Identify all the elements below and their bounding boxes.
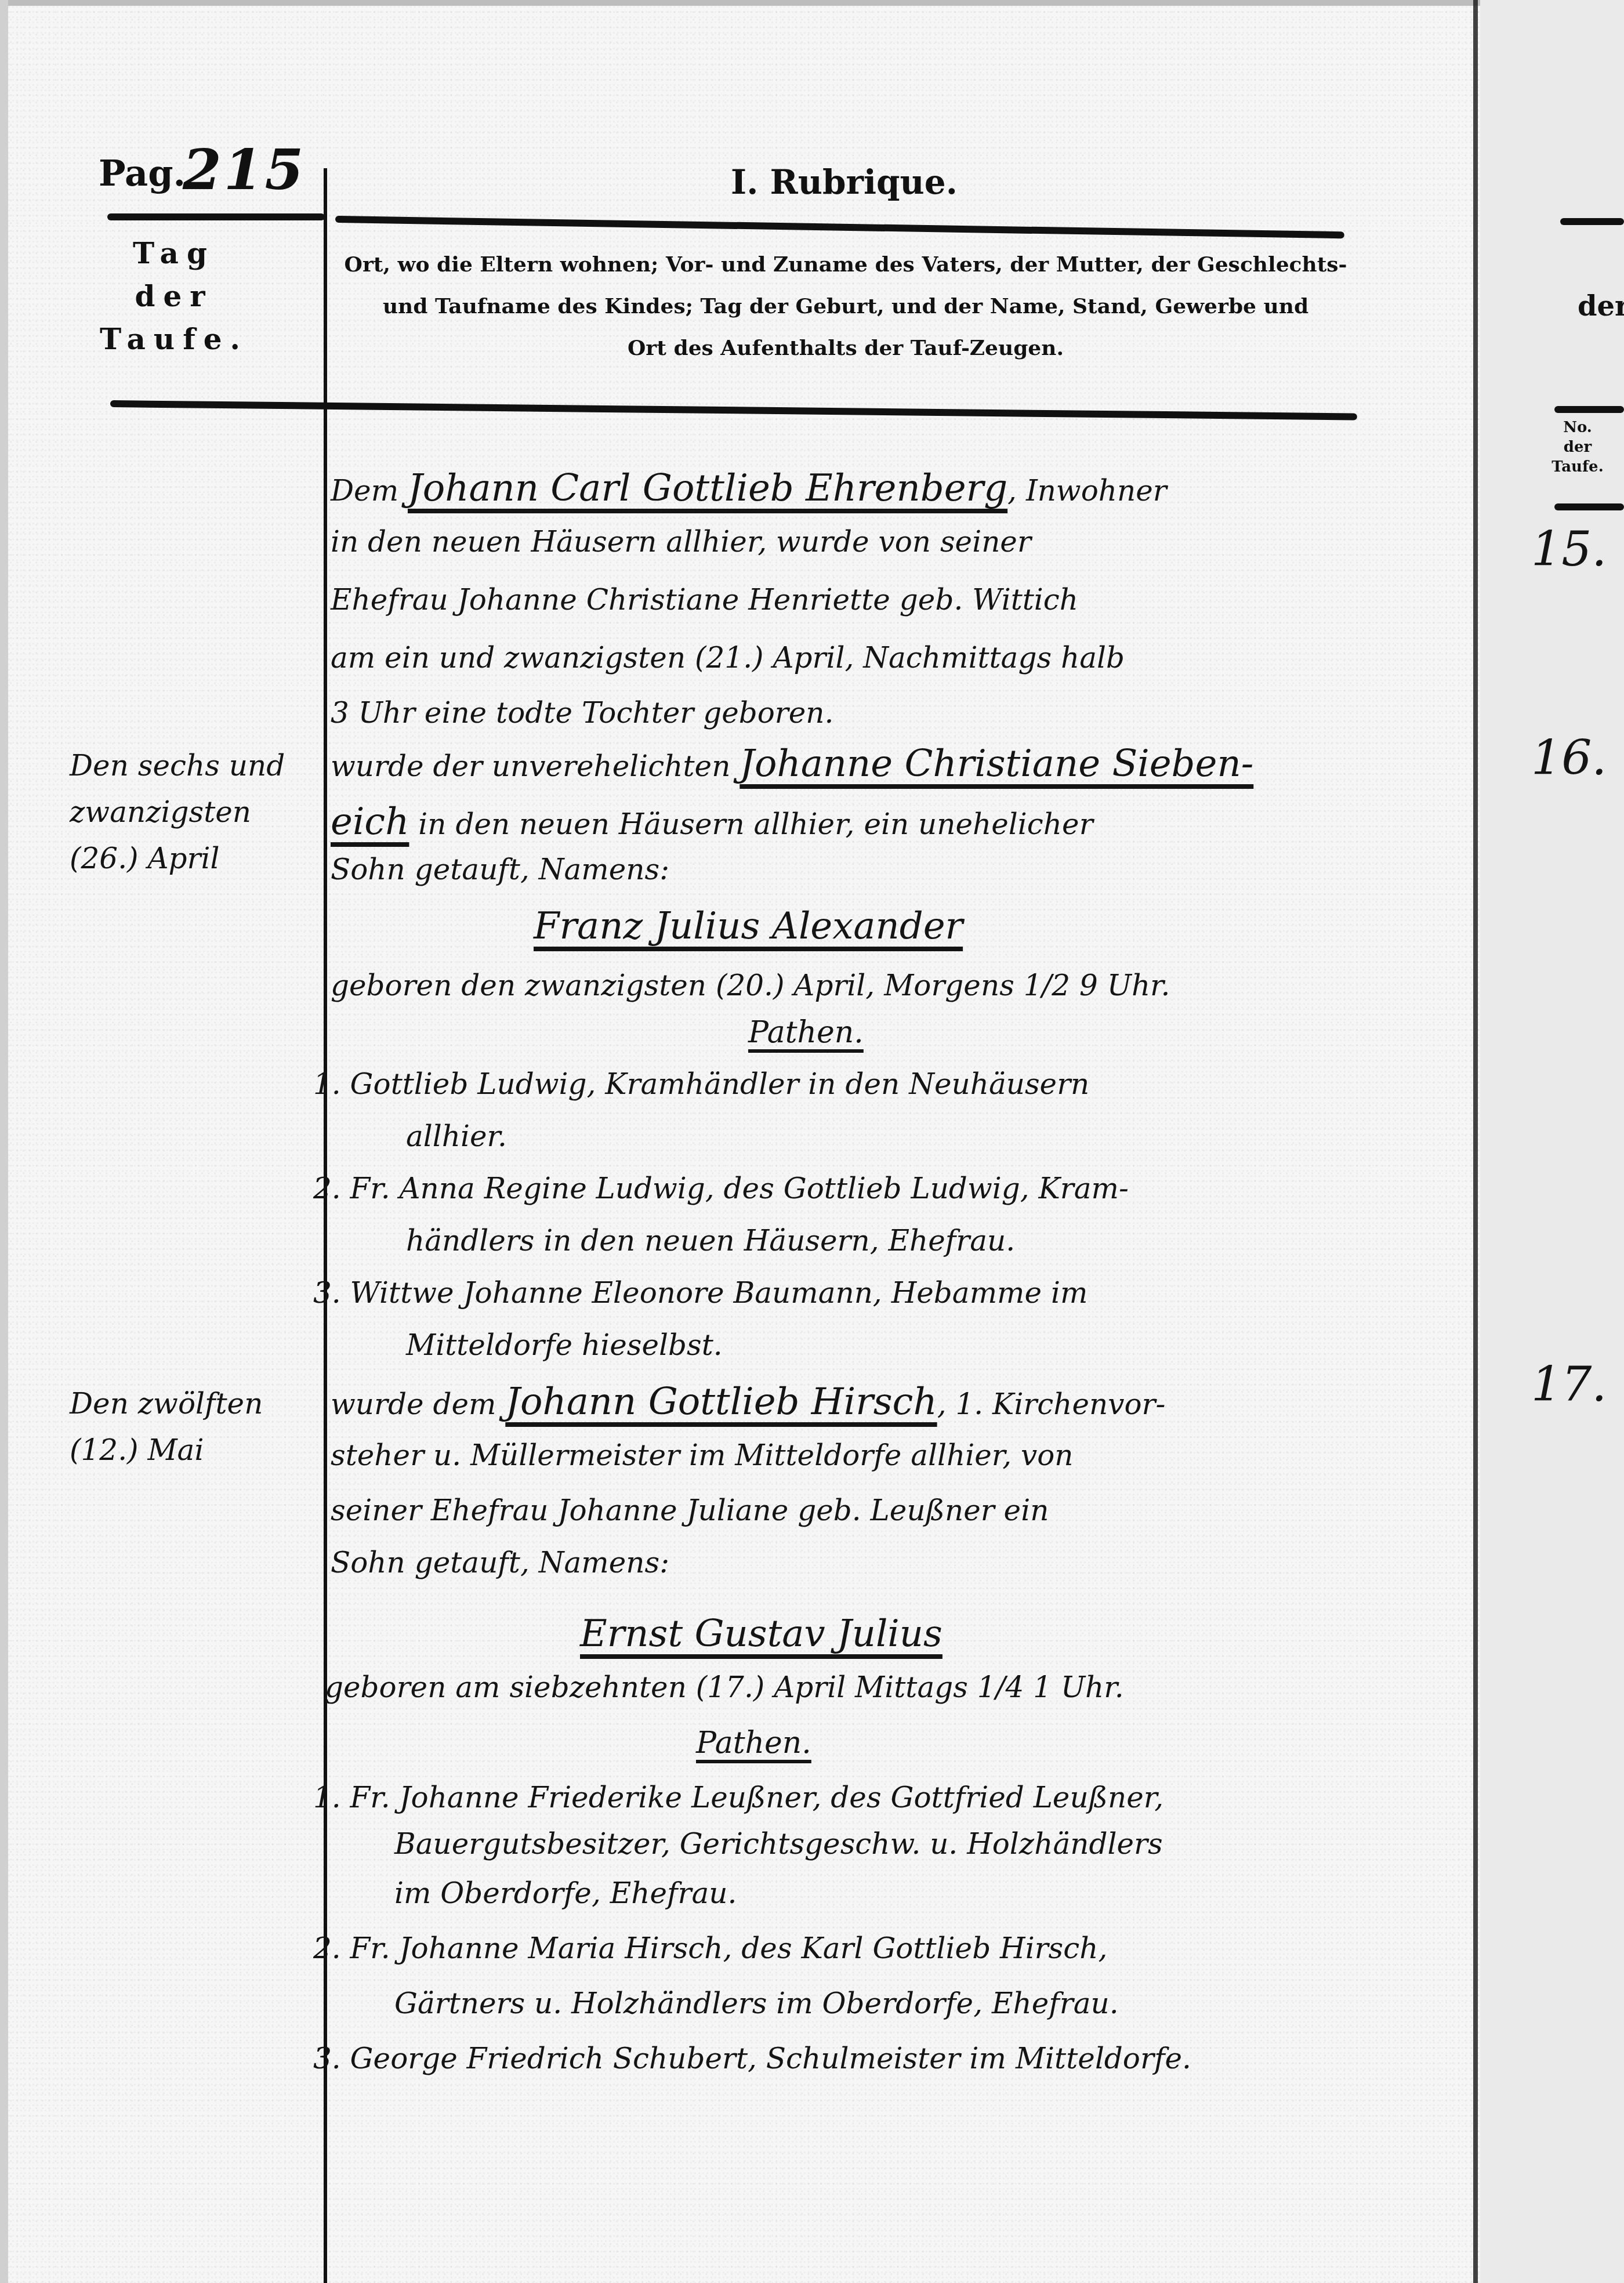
column-header-line: der	[1543, 437, 1612, 457]
baptism-date: Den zwölften (12.) Mai	[70, 1380, 263, 1473]
header-rule-right-lower	[1554, 503, 1624, 510]
sponsor-line: Bauergutsbesitzer, Gerichtsgeschw. u. Ho…	[394, 1827, 1163, 1861]
sponsor-line: 1. Gottlieb Ludwig, Kramhändler in den N…	[313, 1067, 1089, 1101]
entry-line: Sohn getauft, Namens:	[331, 853, 669, 886]
entry-number: 16.	[1531, 731, 1607, 786]
column-header-line: der Taufe.	[87, 275, 261, 361]
entry-text: Dem	[331, 474, 408, 508]
sponsor-line: 3. George Friedrich Schubert, Schulmeist…	[313, 2042, 1191, 2075]
header-rule-bottom-main	[110, 400, 1357, 421]
baptism-date-line: Den zwölften	[70, 1380, 263, 1427]
sponsor-line: händlers in den neuen Häusern, Ehefrau.	[406, 1224, 1015, 1258]
page-number: 215	[183, 137, 306, 202]
baptism-date-line: zwanzigsten	[70, 789, 285, 835]
entry-text: , 1. Kirchenvor-	[937, 1387, 1166, 1421]
entry-line: eich in den neuen Häusern allhier, ein u…	[331, 800, 1093, 843]
column-header-line: Taufe.	[1543, 457, 1612, 477]
scan-top-edge	[0, 0, 1624, 6]
sponsor-line: 2. Fr. Johanne Maria Hirsch, des Karl Go…	[313, 1932, 1107, 1965]
baptism-date: Den sechs und zwanzigsten (26.) April	[70, 742, 285, 882]
mother-name-cont: eich	[331, 800, 409, 843]
entry-line: wurde der unverehelichten Johanne Christ…	[331, 742, 1253, 785]
sponsor-line: 1. Fr. Johanne Friederike Leußner, des G…	[313, 1781, 1163, 1814]
father-name: Johann Gottlieb Hirsch	[505, 1380, 937, 1423]
mother-name: Johanne Christiane Sieben-	[739, 742, 1253, 785]
entry-line: am ein und zwanzigsten (21.) April, Nach…	[331, 641, 1125, 675]
column-header-details: Ort, wo die Eltern wohnen; Vor- und Zuna…	[335, 244, 1356, 369]
entry-text: , Inwohner	[1007, 474, 1167, 508]
entry-line: 3 Uhr eine todte Tochter geboren.	[331, 696, 833, 730]
birth-line: geboren am siebzehnten (17.) April Mitta…	[325, 1670, 1124, 1704]
header-rule-bottom-right	[1554, 406, 1624, 413]
sponsors-heading: Pathen.	[696, 1726, 811, 1760]
entry-line: steher u. Müllermeister im Mitteldorfe a…	[331, 1438, 1074, 1472]
entry-line: seiner Ehefrau Johanne Juliane geb. Leuß…	[331, 1494, 1049, 1527]
column-divider	[324, 168, 327, 2283]
entry-line: Sohn getauft, Namens:	[331, 1546, 669, 1579]
sponsor-line: 3. Wittwe Johanne Eleonore Baumann, Heba…	[313, 1276, 1087, 1310]
scan-left-edge	[0, 0, 8, 2283]
sponsor-line: Mitteldorfe hieselbst.	[406, 1328, 723, 1362]
entry-number: 15.	[1531, 522, 1607, 577]
register-page: Pag. 215 I. Rubrique. Tag der Taufe. Ort…	[0, 0, 1624, 2283]
column-header-line: No.	[1543, 418, 1612, 437]
header-rule-right	[1560, 218, 1624, 225]
entry-number: 17.	[1531, 1357, 1607, 1412]
header-rule-main	[335, 216, 1344, 238]
baptism-date-line: (12.) Mai	[70, 1427, 263, 1473]
child-name: Franz Julius Alexander	[534, 905, 963, 948]
father-name: Johann Carl Gottlieb Ehrenberg	[408, 467, 1007, 510]
header-rule-left	[107, 213, 325, 220]
column-header-baptism-number: No. der Taufe.	[1543, 418, 1612, 477]
page-gutter-line	[1473, 0, 1478, 2283]
adjacent-column-fragment: der	[1578, 290, 1624, 322]
section-title: I. Rubrique.	[731, 162, 958, 202]
entry-line: Ehefrau Johanne Christiane Henriette geb…	[331, 583, 1078, 617]
sponsors-heading: Pathen.	[748, 1015, 864, 1050]
entry-text: in den neuen Häusern allhier, ein unehel…	[409, 807, 1093, 841]
page-label: Pag.	[99, 152, 186, 194]
column-header-line: Ort des Aufenthalts der Tauf-Zeugen.	[335, 327, 1356, 369]
sponsor-line: im Oberdorfe, Ehefrau.	[394, 1876, 737, 1910]
adjacent-page-strip	[1480, 0, 1624, 2283]
column-header-line: Ort, wo die Eltern wohnen; Vor- und Zuna…	[335, 244, 1356, 285]
entry-text: wurde dem	[331, 1387, 505, 1421]
entry-text: wurde der unverehelichten	[331, 749, 739, 783]
sponsor-line: 2. Fr. Anna Regine Ludwig, des Gottlieb …	[313, 1172, 1129, 1205]
sponsor-line: Gärtners u. Holzhändlers im Oberdorfe, E…	[394, 1987, 1119, 2020]
column-header-baptism-day: Tag der Taufe.	[87, 232, 261, 361]
sponsor-line: allhier.	[406, 1119, 507, 1153]
entry-line: in den neuen Häusern allhier, wurde von …	[331, 525, 1031, 559]
baptism-date-line: (26.) April	[70, 835, 285, 882]
entry-line: Dem Johann Carl Gottlieb Ehrenberg, Inwo…	[331, 467, 1167, 510]
birth-line: geboren den zwanzigsten (20.) April, Mor…	[331, 969, 1170, 1002]
child-name: Ernst Gustav Julius	[580, 1612, 942, 1655]
column-header-line: Tag	[87, 232, 261, 275]
baptism-date-line: Den sechs und	[70, 742, 285, 789]
entry-line: wurde dem Johann Gottlieb Hirsch, 1. Kir…	[331, 1380, 1165, 1423]
column-header-line: und Taufname des Kindes; Tag der Geburt,…	[335, 285, 1356, 327]
